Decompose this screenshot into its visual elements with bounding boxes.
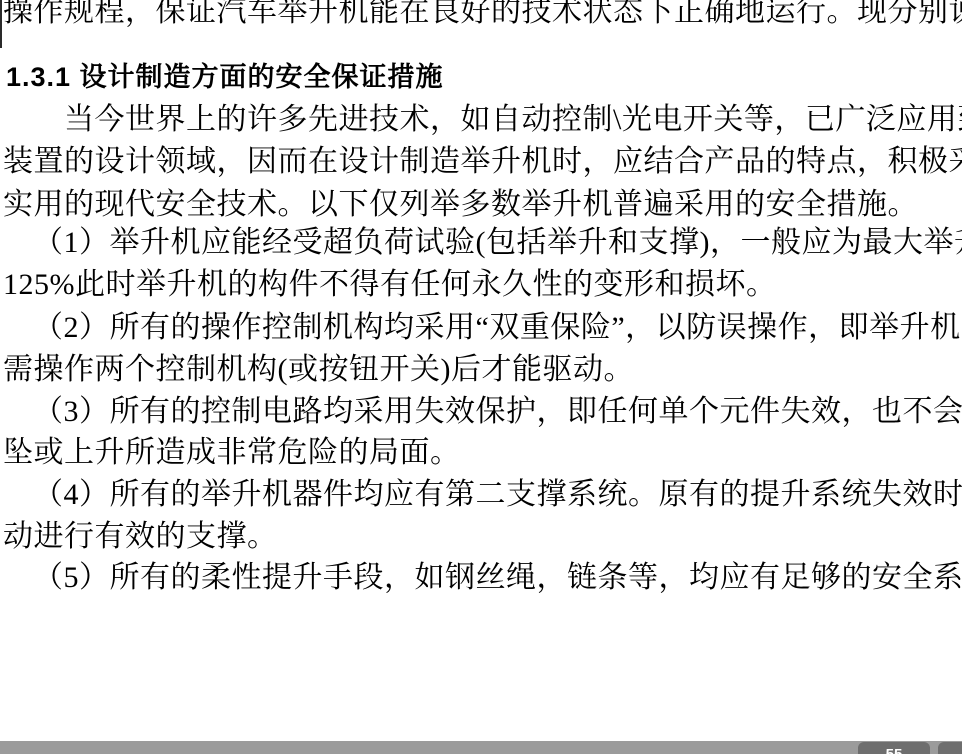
list-item-line: （1）举升机应能经受超负荷试验(包括举升和支撑)，一般应为最大举升能力的	[3, 222, 962, 264]
text-line: 实用的现代安全技术。以下仅列举多数举升机普遍采用的安全措施。	[3, 184, 918, 226]
text-line: 坠或上升所造成非常危险的局面。	[3, 432, 461, 474]
list-item-line: （3）所有的控制电路均采用失效保护，即任何单个元件失效，也不会使举升机	[3, 391, 962, 433]
text-line: 当今世界上的许多先进技术，如自动控制\光电开关等，已广泛应用到各种安全	[3, 99, 962, 141]
corner-button[interactable]	[938, 742, 962, 754]
text-line: 125%此时举升机的构件不得有任何永久性的变形和损坏。	[3, 264, 777, 306]
document-page: 操作规程，保证汽车举升机能在良好的技术状态下正确地运行。现分别说明与后。 1.3…	[0, 0, 962, 754]
text-line: 装置的设计领域，因而在设计制造举升机时，应结合产品的特点，积极采用先进可靠	[3, 141, 962, 183]
list-item-line: （5）所有的柔性提升手段，如钢丝绳，链条等，均应有足够的安全系数，并在	[3, 557, 962, 599]
page-number-label: 55	[858, 747, 930, 754]
text-line: 动进行有效的支撑。	[3, 516, 278, 558]
bottom-toolbar	[0, 741, 962, 754]
section-heading: 1.3.1 设计制造方面的安全保证措施	[6, 56, 444, 98]
page-number-badge[interactable]: 55	[858, 742, 930, 754]
text-line: 需操作两个控制机构(或按钮开关)后才能驱动。	[3, 349, 634, 391]
page-edge-line	[0, 0, 2, 48]
text-line: 操作规程，保证汽车举升机能在良好的技术状态下正确地运行。现分别说明与后。	[3, 0, 962, 33]
list-item-line: （2）所有的操作控制机构均采用“双重保险”，以防误操作，即举升机运行前必	[3, 307, 962, 349]
list-item-line: （4）所有的举升机器件均应有第二支撑系统。原有的提升系统失效时，它能自	[3, 474, 962, 516]
